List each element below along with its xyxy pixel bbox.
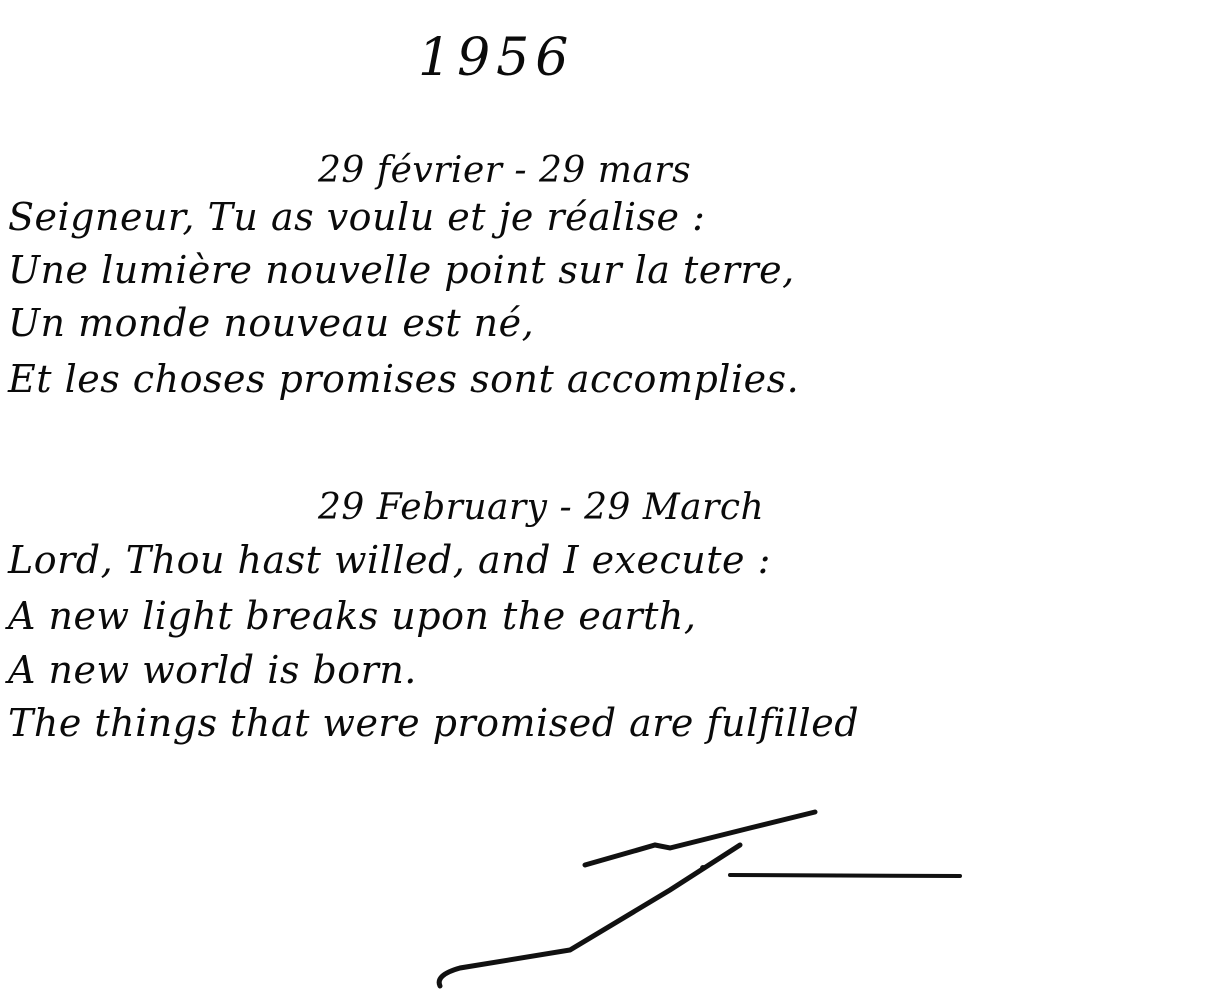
- english-line-3: A new world is born.: [8, 648, 417, 692]
- year-heading: 1956: [418, 28, 574, 88]
- french-line-1: Seigneur, Tu as voulu et je réalise :: [8, 195, 705, 239]
- french-line-4: Et les choses promises sont accomplies.: [8, 357, 799, 401]
- english-date: 29 February - 29 March: [318, 487, 764, 528]
- english-line-1: Lord, Thou hast willed, and I execute :: [8, 538, 771, 582]
- english-line-4: The things that were promised are fulfil…: [8, 701, 859, 745]
- french-line-2: Une lumière nouvelle point sur la terre,: [8, 248, 795, 292]
- french-line-3: Un monde nouveau est né,: [8, 301, 534, 345]
- english-line-2: A new light breaks upon the earth,: [8, 594, 696, 638]
- french-date: 29 février - 29 mars: [318, 150, 691, 191]
- signature-icon: [420, 790, 980, 990]
